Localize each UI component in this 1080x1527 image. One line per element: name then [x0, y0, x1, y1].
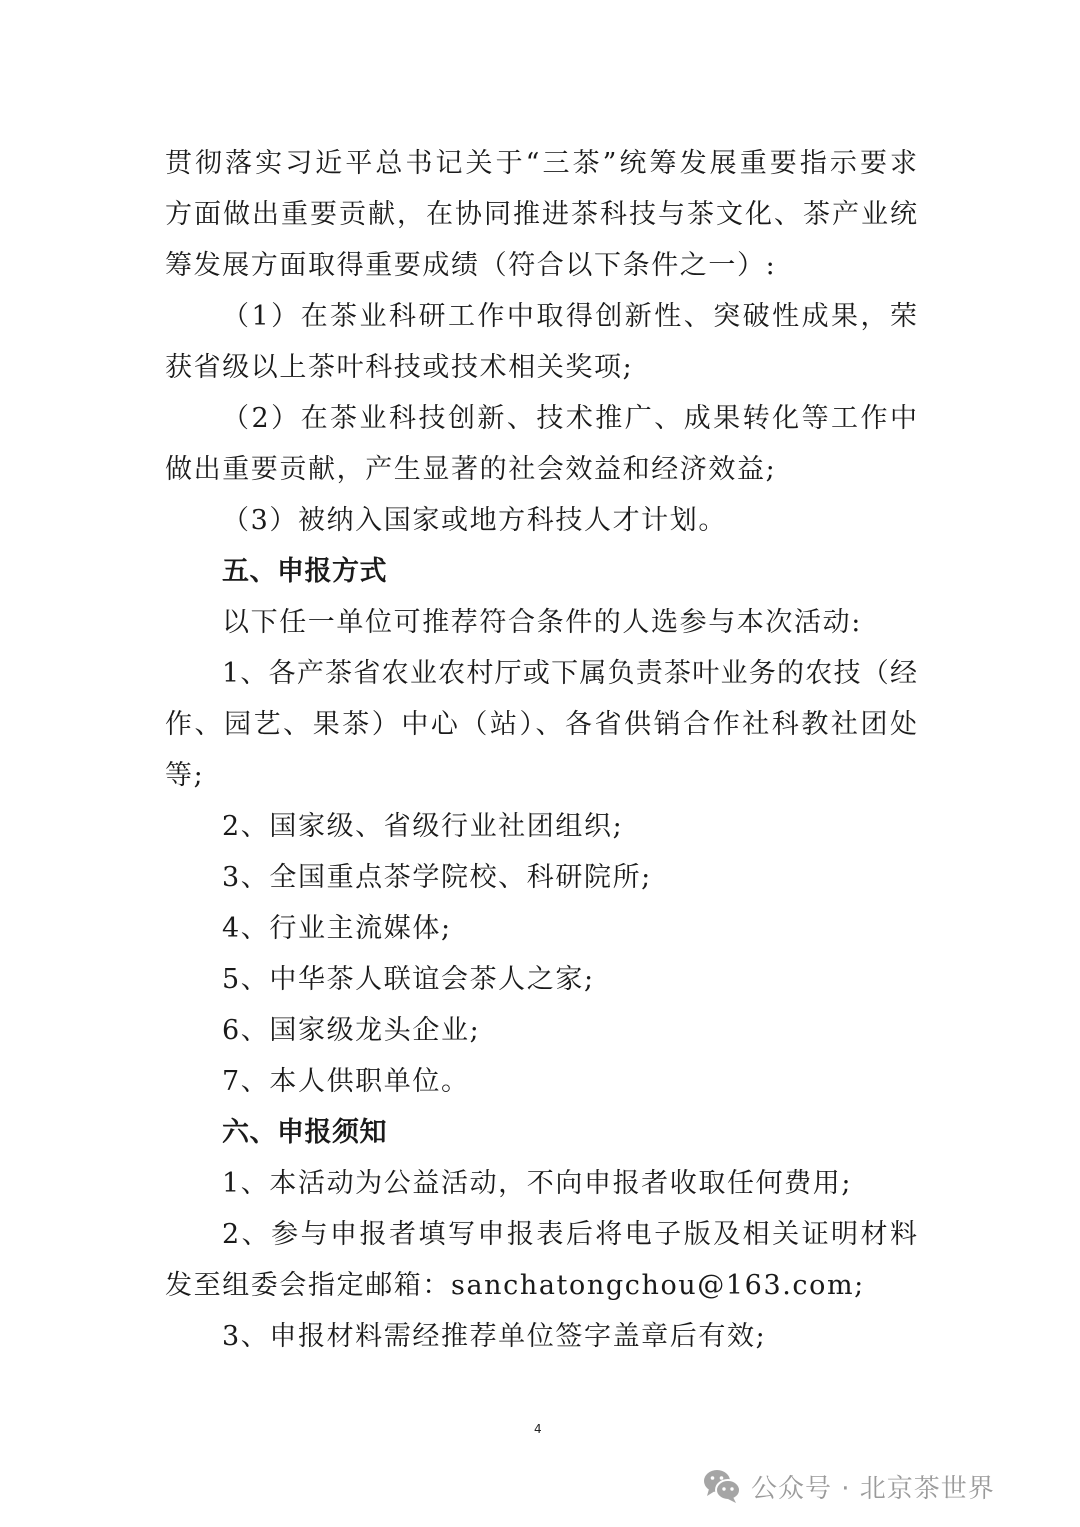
- list-item: 5、中华茶人联谊会茶人之家;: [222, 954, 917, 1005]
- condition-1-line: 获省级以上茶叶科技或技术相关奖项;: [165, 342, 917, 393]
- list-item: 7、本人供职单位。: [222, 1056, 917, 1107]
- list-item: 作、园艺、果茶）中心（站）、各省供销合作社科教社团处: [165, 699, 917, 750]
- condition-2-line: （2）在茶业科技创新、技术推广、成果转化等工作中: [222, 393, 917, 444]
- list-item: 1、各产茶省农业农村厅或下属负责茶叶业务的农技（经: [222, 648, 917, 699]
- notice-item: 1、本活动为公益活动，不向申报者收取任何费用;: [222, 1158, 917, 1209]
- document-page: 贯彻落实习近平总书记关于“三茶”统筹发展重要指示要求 方面做出重要贡献，在协同推…: [0, 0, 1080, 1527]
- condition-1-line: （1）在茶业科研工作中取得创新性、突破性成果，荣: [222, 291, 917, 342]
- notice-item-email: 发至组委会指定邮箱：sanchatongchou@163.com;: [165, 1260, 917, 1311]
- notice-item: 2、参与申报者填写申报表后将电子版及相关证明材料: [222, 1209, 917, 1260]
- section-heading: 五、申报方式: [222, 546, 917, 597]
- wechat-icon: [703, 1468, 741, 1504]
- list-item: 等;: [165, 750, 917, 801]
- watermark-text: 公众号 · 北京茶世界: [751, 1468, 995, 1505]
- watermark: 公众号 · 北京茶世界: [703, 1466, 995, 1506]
- page-number: 4: [534, 1422, 542, 1436]
- section-intro: 以下任一单位可推荐符合条件的人选参与本次活动:: [222, 597, 917, 648]
- list-item: 3、全国重点茶学院校、科研院所;: [222, 852, 917, 903]
- condition-2-line: 做出重要贡献，产生显著的社会效益和经济效益;: [165, 444, 917, 495]
- list-item: 6、国家级龙头企业;: [222, 1005, 917, 1056]
- paragraph-line: 方面做出重要贡献，在协同推进茶科技与茶文化、茶产业统: [165, 189, 917, 240]
- condition-3-line: （3）被纳入国家或地方科技人才计划。: [222, 495, 917, 546]
- section-heading: 六、申报须知: [222, 1107, 917, 1158]
- notice-item: 3、申报材料需经推荐单位签字盖章后有效;: [222, 1311, 917, 1362]
- list-item: 2、国家级、省级行业社团组织;: [222, 801, 917, 852]
- paragraph-line: 筹发展方面取得重要成绩（符合以下条件之一）:: [165, 240, 917, 291]
- list-item: 4、行业主流媒体;: [222, 903, 917, 954]
- paragraph-line: 贯彻落实习近平总书记关于“三茶”统筹发展重要指示要求: [165, 138, 917, 189]
